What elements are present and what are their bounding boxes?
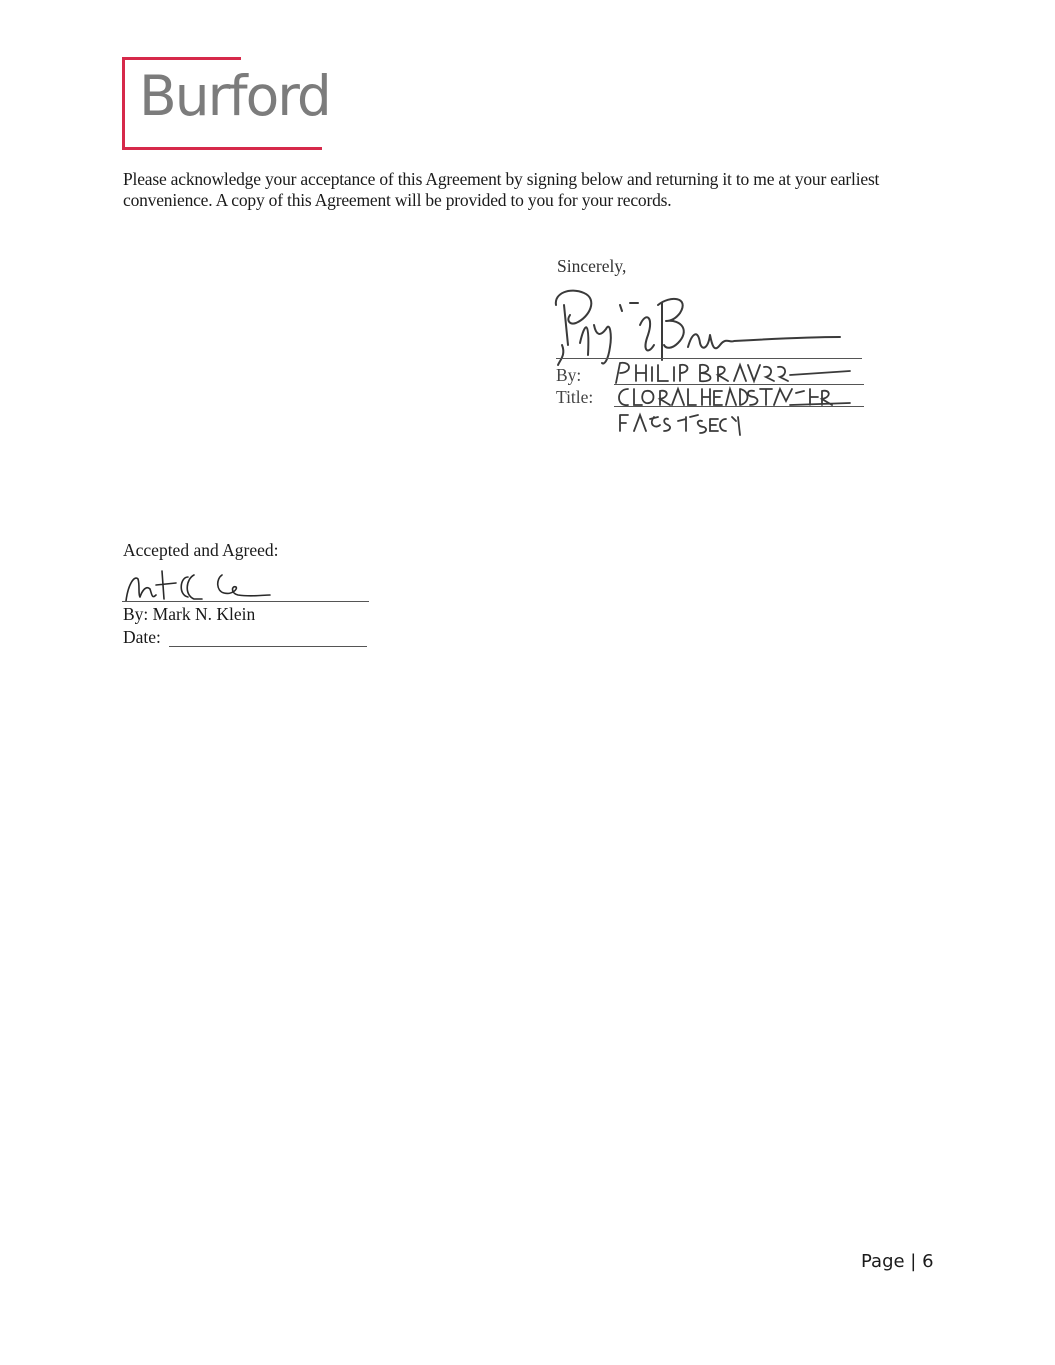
- klein-signature-icon: [122, 565, 372, 605]
- by-line: [614, 384, 864, 385]
- klein-signature-line: [122, 601, 369, 602]
- date-label: Date:: [123, 627, 161, 648]
- by-label: By:: [556, 365, 581, 386]
- sender-signature-block: By: Title:: [550, 285, 890, 435]
- title-line: [614, 406, 864, 407]
- date-field-line[interactable]: [169, 646, 367, 647]
- title-label: Title:: [556, 387, 593, 408]
- logo-text: Burford: [139, 69, 330, 124]
- acknowledgement-paragraph: Please acknowledge your acceptance of th…: [123, 169, 943, 211]
- burford-logo: Burford: [122, 57, 322, 150]
- accepted-and-agreed-heading: Accepted and Agreed:: [123, 540, 278, 561]
- logo-frame-left: [122, 57, 125, 150]
- logo-frame-bottom: [122, 147, 322, 150]
- page-number: Page | 6: [861, 1251, 934, 1272]
- signer-name: By: Mark N. Klein: [123, 604, 255, 625]
- signature-line: [556, 358, 862, 359]
- logo-frame-top: [122, 57, 241, 60]
- closing-salutation: Sincerely,: [557, 256, 626, 277]
- sender-signature-icon: [550, 285, 890, 435]
